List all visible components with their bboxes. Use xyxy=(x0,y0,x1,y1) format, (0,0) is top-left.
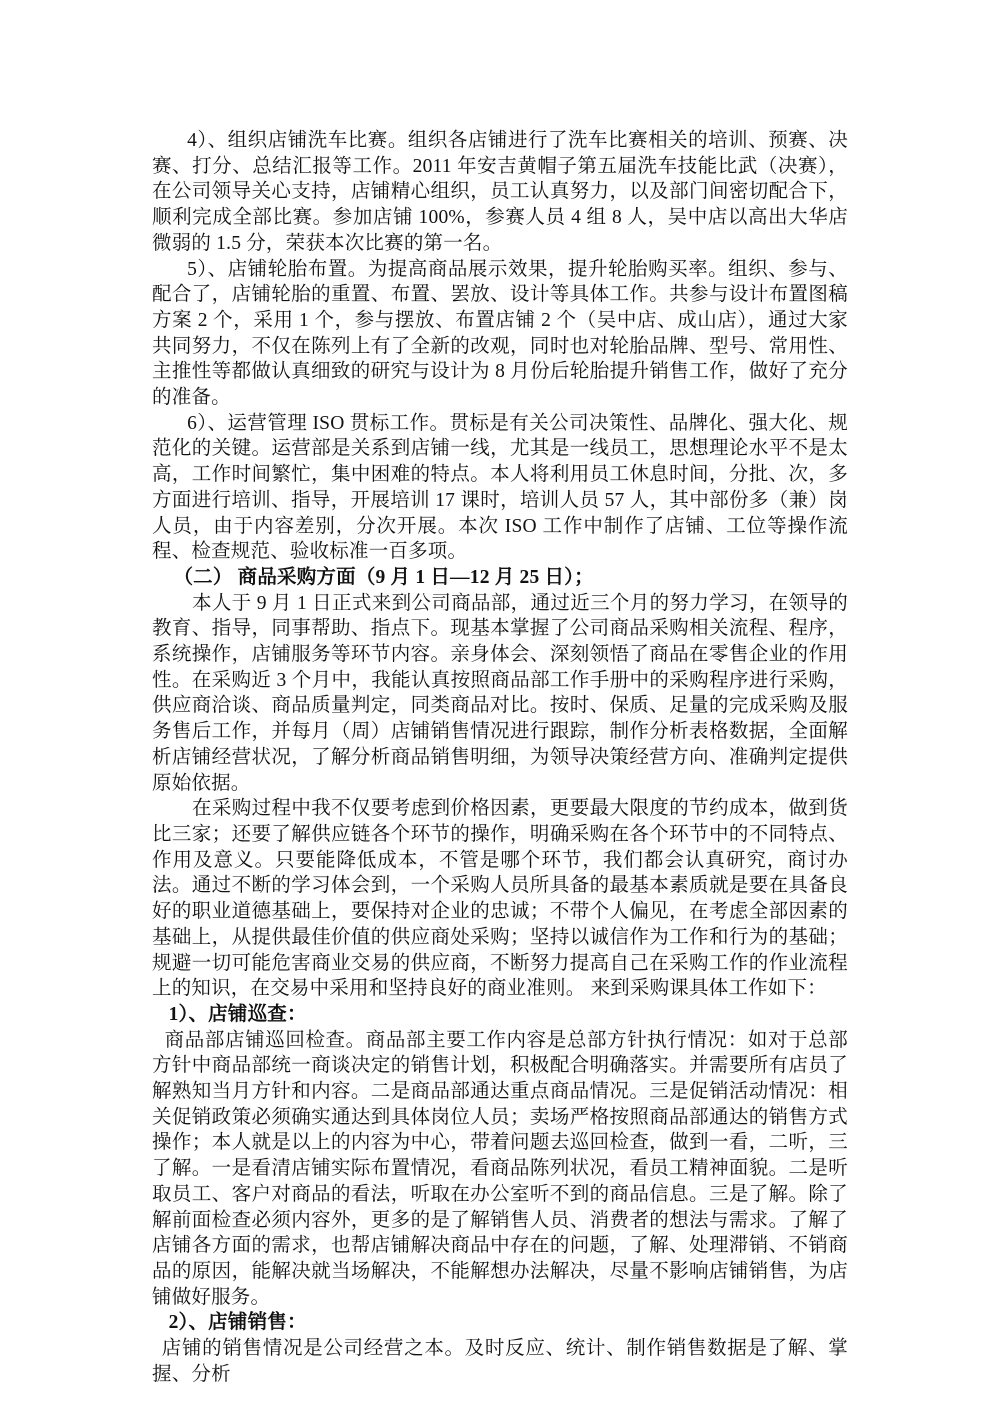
paragraph-tire-display: 5）、店铺轮胎布置。为提高商品展示效果，提升轮胎购买率。组织、参与、配合了，店铺… xyxy=(152,257,848,411)
section-heading-procurement: （二） 商品采购方面（9 月 1 日—12 月 25 日）； xyxy=(152,565,848,591)
paragraph-procurement-principles: 在采购过程中我不仅要考虑到价格因素，更要最大限度的节约成本，做到货比三家；还要了… xyxy=(152,796,848,1002)
paragraph-iso-standards: 6）、运营管理 ISO 贯标工作。贯标是有关公司决策性、品牌化、强大化、规范化的… xyxy=(152,411,848,565)
paragraph-procurement-learning: 本人于 9 月 1 日正式来到公司商品部，通过近三个月的努力学习，在领导的教育、… xyxy=(152,591,848,797)
subsection-heading-store-inspection: 1）、店铺巡查： xyxy=(152,1002,848,1028)
subsection-heading-store-sales: 2）、店铺销售： xyxy=(152,1310,848,1336)
paragraph-car-wash-contest: 4）、组织店铺洗车比赛。组织各店铺进行了洗车比赛相关的培训、预赛、决赛、打分、总… xyxy=(152,128,848,257)
document-page: 4）、组织店铺洗车比赛。组织各店铺进行了洗车比赛相关的培训、预赛、决赛、打分、总… xyxy=(0,0,1000,1415)
paragraph-store-inspection: 商品部店铺巡回检查。商品部主要工作内容是总部方针执行情况：如对于总部方针中商品部… xyxy=(152,1028,848,1311)
paragraph-store-sales: 店铺的销售情况是公司经营之本。及时反应、统计、制作销售数据是了解、掌握、分析 xyxy=(152,1336,848,1387)
